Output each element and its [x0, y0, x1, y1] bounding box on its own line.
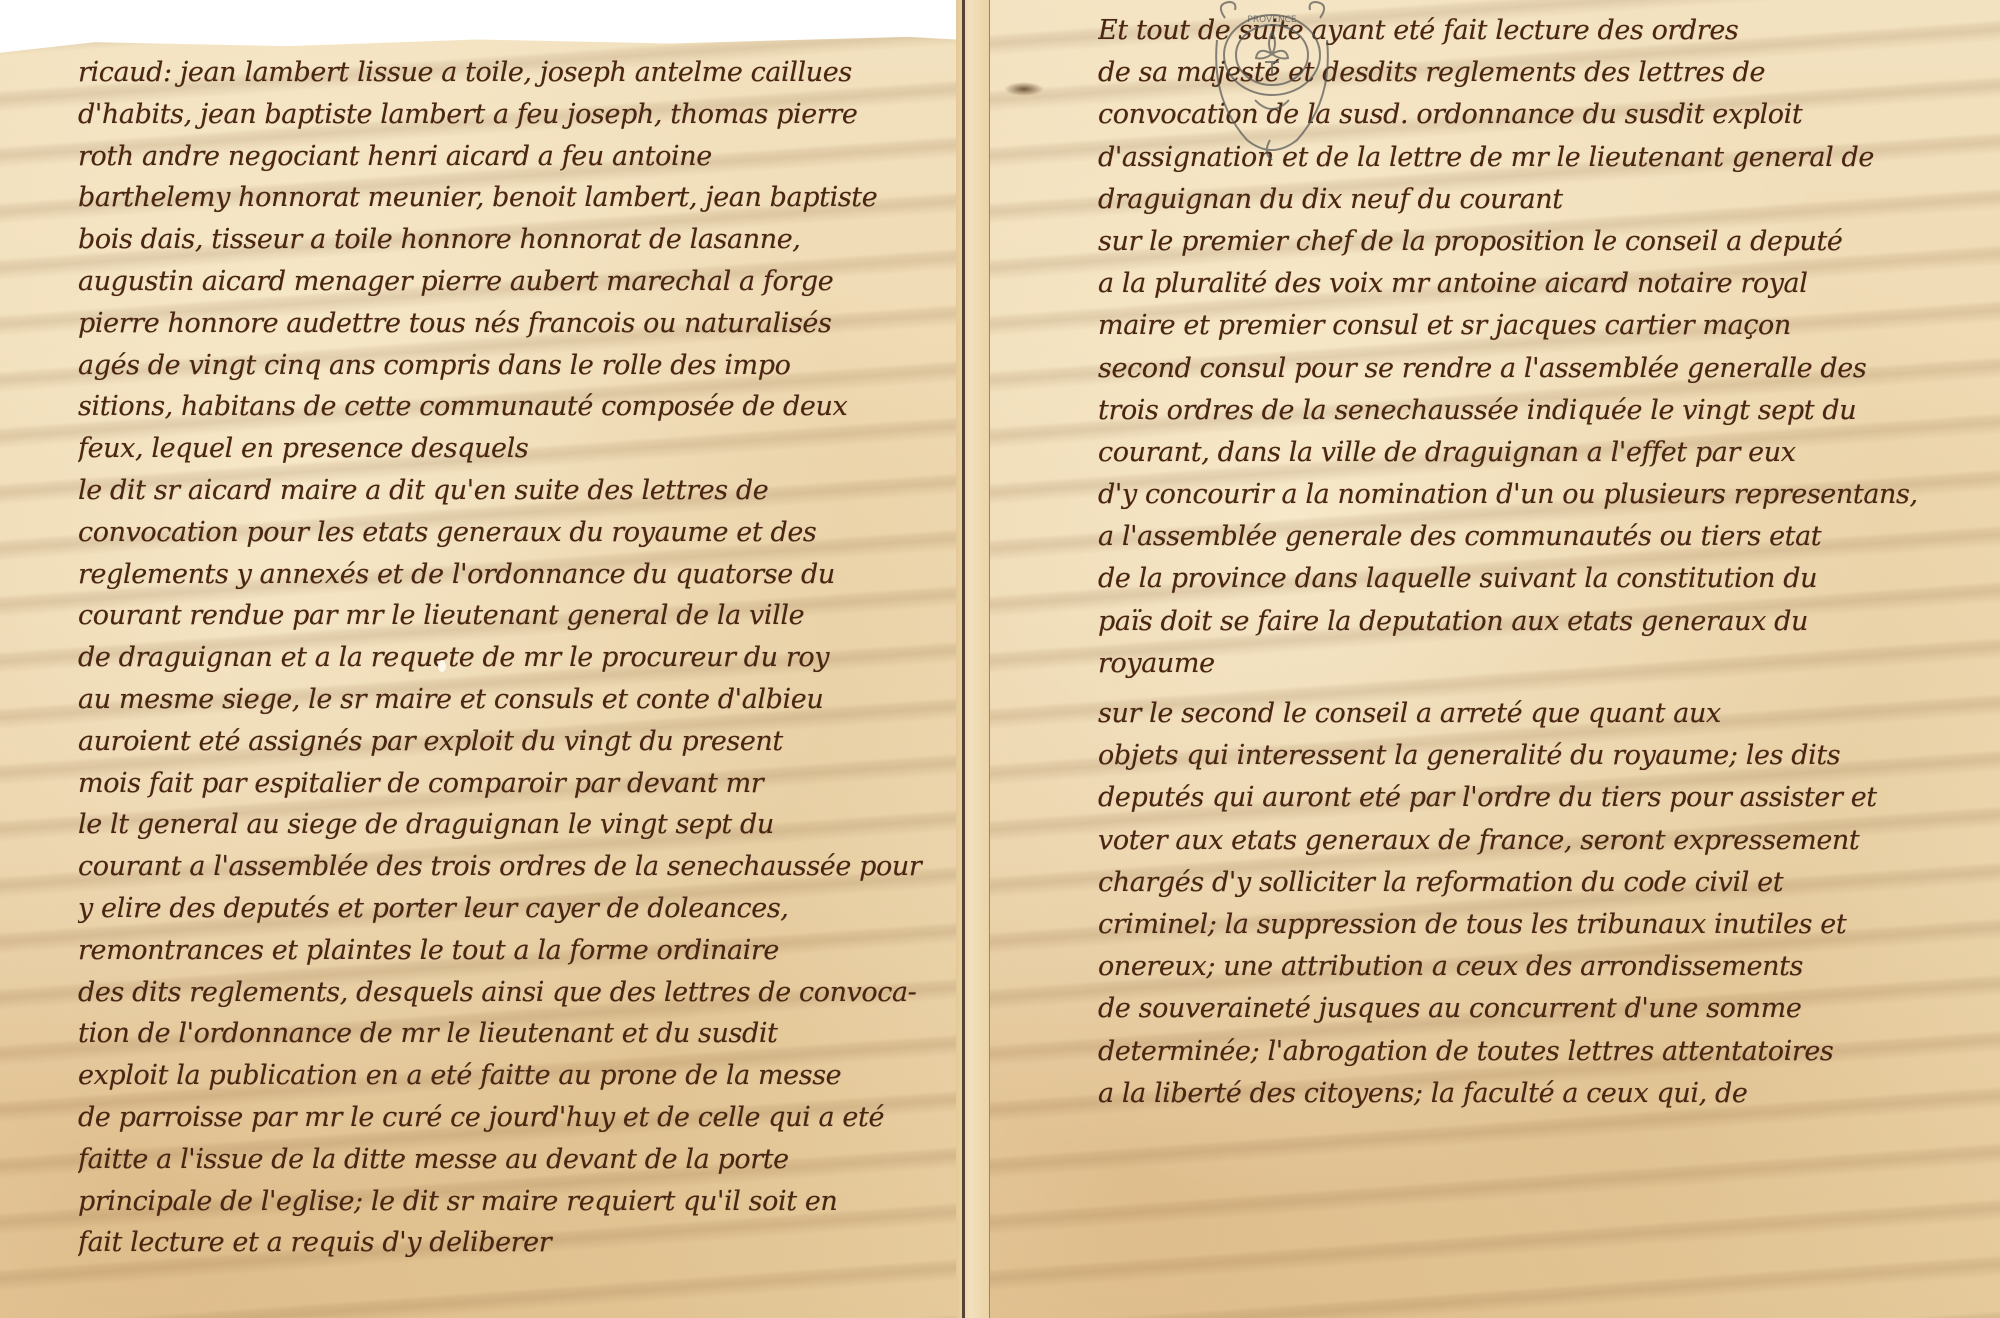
manuscript-line: feux, lequel en presence desquels [78, 428, 938, 470]
manuscript-line: d'y concourir a la nomination d'un ou pl… [1098, 474, 1988, 516]
manuscript-line: courant rendue par mr le lieutenant gene… [78, 595, 938, 637]
manuscript-line: a l'assemblée generale des communautés o… [1098, 516, 1988, 558]
manuscript-line: de souveraineté jusques au concurrent d'… [1098, 988, 1988, 1030]
manuscript-line: sur le premier chef de la proposition le… [1098, 221, 1988, 263]
manuscript-line: determinée; l'abrogation de toutes lettr… [1098, 1031, 1988, 1073]
manuscript-line: a la liberté des citoyens; la faculté a … [1098, 1073, 1988, 1115]
manuscript-line: convocation de la susd. ordonnance du su… [1098, 94, 1988, 136]
manuscript-line: augustin aicard menager pierre aubert ma… [78, 261, 938, 303]
manuscript-line: roth andre negociant henri aicard a feu … [78, 136, 938, 178]
manuscript-line: faitte a l'issue de la ditte messe au de… [78, 1139, 938, 1181]
manuscript-line: principale de l'eglise; le dit sr maire … [78, 1181, 938, 1223]
manuscript-line: criminel; la suppression de tous les tri… [1098, 904, 1988, 946]
manuscript-line: des dits reglements, desquels ainsi que … [78, 972, 938, 1014]
manuscript-line: Et tout de suite ayant eté fait lecture … [1098, 10, 1988, 52]
manuscript-line: d'habits, jean baptiste lambert a feu jo… [78, 94, 938, 136]
manuscript-line: de parroisse par mr le curé ce jourd'huy… [78, 1097, 938, 1139]
manuscript-line: tion de l'ordonnance de mr le lieutenant… [78, 1013, 938, 1055]
manuscript-line: draguignan du dix neuf du courant [1098, 179, 1988, 221]
paper-hole [438, 660, 446, 672]
manuscript-line: courant, dans la ville de draguignan a l… [1098, 432, 1988, 474]
paragraph-gap [1098, 685, 1988, 693]
manuscript-line: bois dais, tisseur a toile honnore honno… [78, 219, 938, 261]
right-page-text: Et tout de suite ayant eté fait lecture … [1098, 10, 1988, 1115]
manuscript-line: auroient eté assignés par exploit du vin… [78, 721, 938, 763]
manuscript-line: exploit la publication en a eté faitte a… [78, 1055, 938, 1097]
manuscript-line: mois fait par espitalier de comparoir pa… [78, 763, 938, 805]
manuscript-line: deputés qui auront eté par l'ordre du ti… [1098, 777, 1988, 819]
manuscript-line: second consul pour se rendre a l'assembl… [1098, 348, 1988, 390]
manuscript-line: fait lecture et a requis d'y deliberer [78, 1222, 938, 1264]
manuscript-line: sur le second le conseil a arreté que qu… [1098, 693, 1988, 735]
manuscript-line: remontrances et plaintes le tout a la fo… [78, 930, 938, 972]
manuscript-line: agés de vingt cinq ans compris dans le r… [78, 345, 938, 387]
manuscript-line: onereux; une attribution a ceux des arro… [1098, 946, 1988, 988]
manuscript-line: ricaud: jean lambert lissue a toile, jos… [78, 52, 938, 94]
manuscript-line: païs doit se faire la deputation aux eta… [1098, 601, 1988, 643]
manuscript-line: le dit sr aicard maire a dit qu'en suite… [78, 470, 938, 512]
manuscript-line: courant a l'assemblée des trois ordres d… [78, 846, 938, 888]
fold-line [962, 0, 965, 1318]
manuscript-line: au mesme siege, le sr maire et consuls e… [78, 679, 938, 721]
right-page: Et tout de suite ayant eté fait lecture … [990, 0, 2000, 1318]
manuscript-line: maire et premier consul et sr jacques ca… [1098, 305, 1988, 347]
manuscript-line: le lt general au siege de draguignan le … [78, 804, 938, 846]
manuscript-line: sitions, habitans de cette communauté co… [78, 386, 938, 428]
manuscript-line: voter aux etats generaux de france, sero… [1098, 820, 1988, 862]
manuscript-line: d'assignation et de la lettre de mr le l… [1098, 137, 1988, 179]
manuscript-line: de draguignan et a la requete de mr le p… [78, 637, 938, 679]
manuscript-line: reglements y annexés et de l'ordonnance … [78, 554, 938, 596]
manuscript-line: a la pluralité des voix mr antoine aicar… [1098, 263, 1988, 305]
manuscript-line: convocation pour les etats generaux du r… [78, 512, 938, 554]
manuscript-line: objets qui interessent la generalité du … [1098, 735, 1988, 777]
manuscript-line: trois ordres de la senechaussée indiquée… [1098, 390, 1988, 432]
manuscript-line: royaume [1098, 643, 1988, 685]
manuscript-line: de sa majesté et desdits reglements des … [1098, 52, 1988, 94]
ink-blot [1004, 82, 1044, 96]
left-page: ricaud: jean lambert lissue a toile, jos… [0, 0, 956, 1318]
left-page-text: ricaud: jean lambert lissue a toile, jos… [78, 52, 938, 1264]
manuscript-spread: ricaud: jean lambert lissue a toile, jos… [0, 0, 2000, 1318]
manuscript-line: chargés d'y solliciter la reformation du… [1098, 862, 1988, 904]
manuscript-line: de la province dans laquelle suivant la … [1098, 558, 1988, 600]
manuscript-line: y elire des deputés et porter leur cayer… [78, 888, 938, 930]
manuscript-line: pierre honnore audettre tous nés francoi… [78, 303, 938, 345]
manuscript-line: barthelemy honnorat meunier, benoit lamb… [78, 177, 938, 219]
